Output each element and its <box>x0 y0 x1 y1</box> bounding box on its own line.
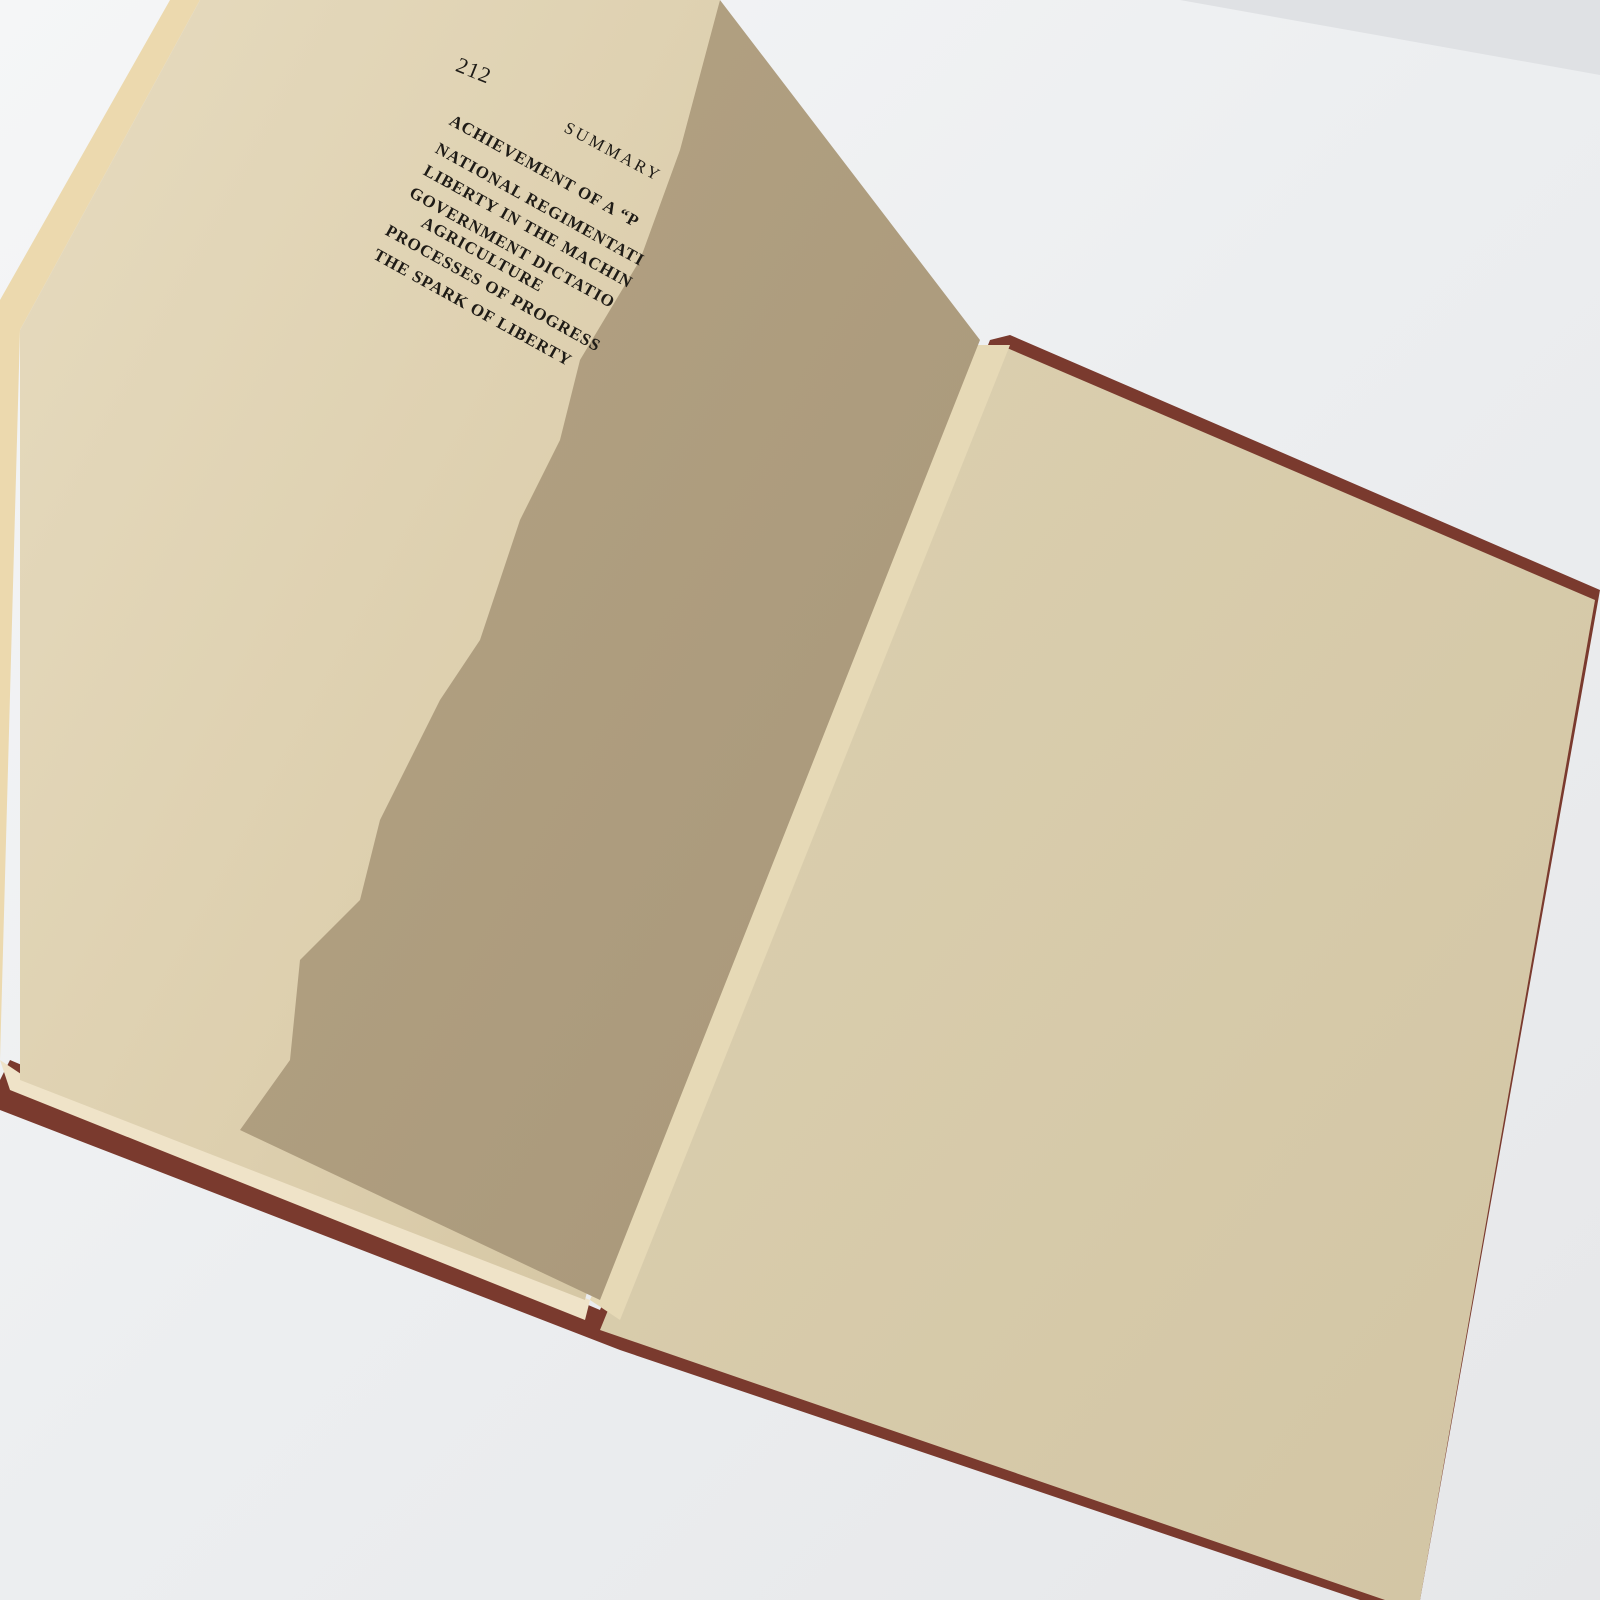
book-photo <box>0 0 1600 1600</box>
photo-scene: 212 SUMMARY ACHIEVEMENT OF A “P NATIONAL… <box>0 0 1600 1600</box>
